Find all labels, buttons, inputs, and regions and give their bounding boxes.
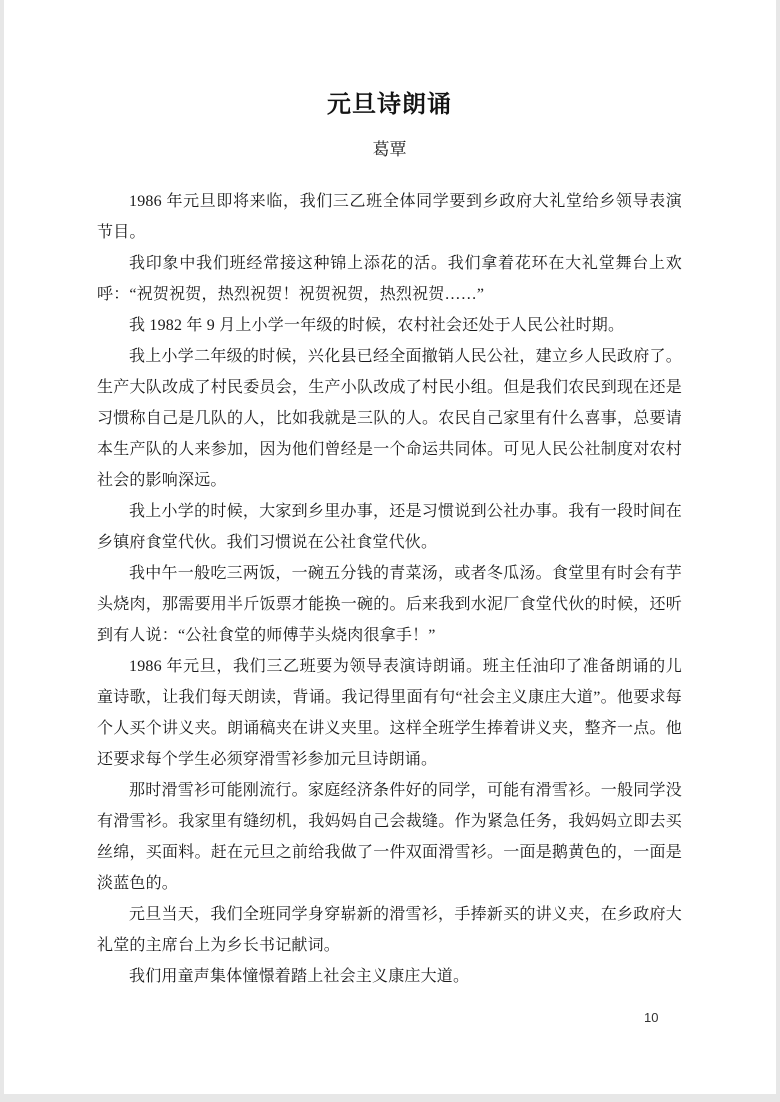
paragraph-8: 那时滑雪衫可能刚流行。家庭经济条件好的同学，可能有滑雪衫。一般同学没有滑雪衫。我… [97,775,682,899]
paragraph-6: 我中午一般吃三两饭，一碗五分钱的青菜汤，或者冬瓜汤。食堂里有时会有芋头烧肉，那需… [97,558,682,651]
article-body: 1986 年元旦即将来临，我们三乙班全体同学要到乡政府大礼堂给乡领导表演节目。 … [97,186,682,992]
paragraph-7: 1986 年元旦，我们三乙班要为领导表演诗朗诵。班主任油印了准备朗诵的儿童诗歌，… [97,651,682,775]
paragraph-3: 我 1982 年 9 月上小学一年级的时候，农村社会还处于人民公社时期。 [97,310,682,341]
article-author: 葛覃 [97,135,682,160]
paragraph-2: 我印象中我们班经常接这种锦上添花的活。我们拿着花环在大礼堂舞台上欢呼：“祝贺祝贺… [97,248,682,310]
paragraph-9: 元旦当天，我们全班同学身穿崭新的滑雪衫，手捧新买的讲义夹，在乡政府大礼堂的主席台… [97,899,682,961]
paragraph-1: 1986 年元旦即将来临，我们三乙班全体同学要到乡政府大礼堂给乡领导表演节目。 [97,186,682,248]
paragraph-10: 我们用童声集体憧憬着踏上社会主义康庄大道。 [97,961,682,992]
scanned-document-viewport: 元旦诗朗诵 葛覃 1986 年元旦即将来临，我们三乙班全体同学要到乡政府大礼堂给… [0,0,780,1102]
paragraph-4: 我上小学二年级的时候，兴化县已经全面撤销人民公社，建立乡人民政府了。生产大队改成… [97,341,682,496]
article-title: 元旦诗朗诵 [97,84,682,119]
page-number: 10 [644,1010,658,1025]
paragraph-5: 我上小学的时候，大家到乡里办事，还是习惯说到公社办事。我有一段时间在乡镇府食堂代… [97,496,682,558]
page-content: 元旦诗朗诵 葛覃 1986 年元旦即将来临，我们三乙班全体同学要到乡政府大礼堂给… [4,0,776,992]
document-page: 元旦诗朗诵 葛覃 1986 年元旦即将来临，我们三乙班全体同学要到乡政府大礼堂给… [4,0,776,1094]
